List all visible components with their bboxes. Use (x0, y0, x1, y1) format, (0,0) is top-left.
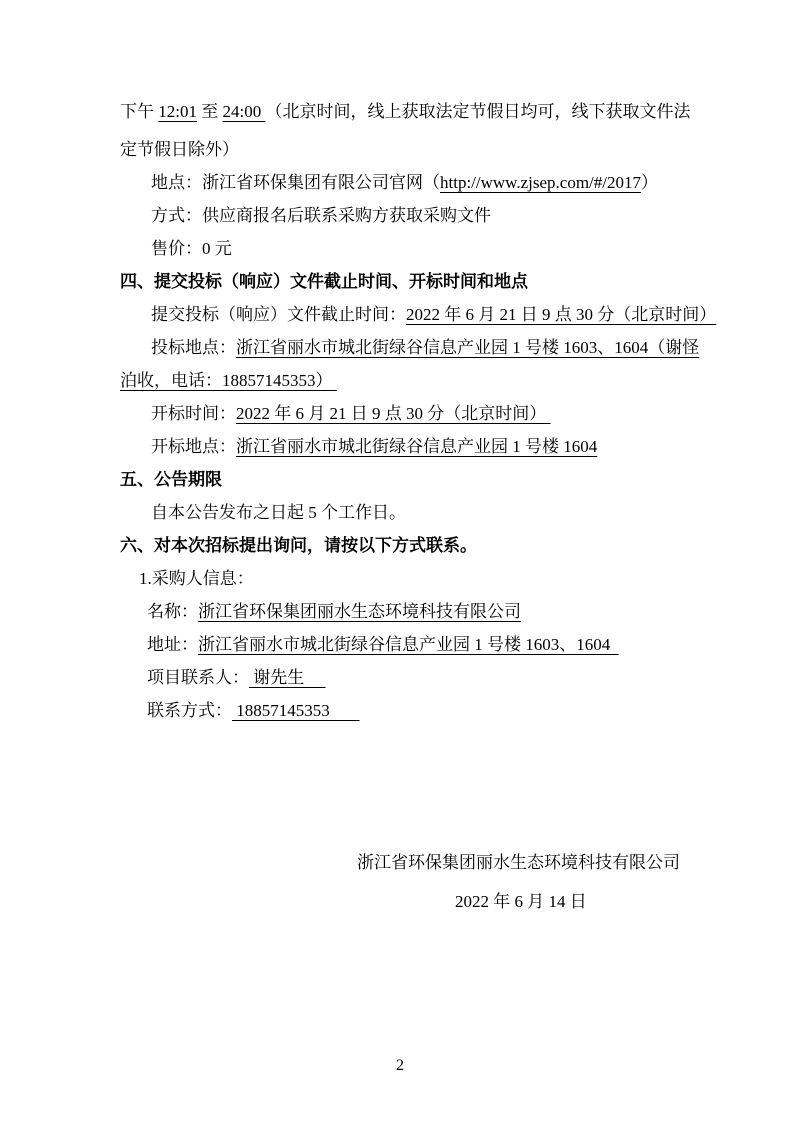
text-segment: 12:01 (158, 102, 197, 121)
text-segment: 浙江省环保集团丽水生态环境科技有限公司 (198, 602, 521, 621)
text-segment: 1.采购人信息： (139, 569, 254, 588)
line-contact-person: 项目联系人： 谢先生 (120, 661, 700, 694)
line-opening-time: 开标时间：2022 年 6 月 21 日 9 点 30 分（北京时间） (120, 397, 700, 430)
line-bid-location: 投标地点：浙江省丽水市城北街绿谷信息产业园 1 号楼 1603、1604（谢怪 (120, 331, 700, 364)
text-segment: 泊收，电话：18857145353） (120, 371, 337, 390)
document-url-link[interactable]: http://www.zjsep.com/#/2017 (440, 173, 641, 192)
text-segment: 2022 年 6 月 21 日 9 点 30 分（北京时间） (236, 404, 551, 423)
text-segment: 自本公告发布之日起 5 个工作日。 (151, 503, 406, 522)
text-segment: 浙江省丽水市城北街绿谷信息产业园 1 号楼 1603、1604（谢怪 (236, 338, 699, 357)
text-segment: 开标地点： (151, 437, 236, 456)
signature-date: 2022 年 6 月 14 日 (120, 885, 700, 918)
line-bid-deadline: 提交投标（响应）文件截止时间：2022 年 6 月 21 日 9 点 30 分（… (120, 298, 700, 331)
line-obtain-location: 地点：浙江省环保集团有限公司官网（http://www.zjsep.com/#/… (120, 166, 700, 199)
text-segment: 浙江省丽水市城北街绿谷信息产业园 1 号楼 1603、1604 (198, 635, 619, 654)
text-segment: 下午 (120, 102, 158, 121)
signature-company: 浙江省环保集团丽水生态环境科技有限公司 (120, 846, 700, 879)
text-segment: 谢先生 (249, 668, 326, 687)
text-segment: ） (641, 173, 658, 192)
document-lines: 下午 12:01 至 24:00 （北京时间，线上获取法定节假日均可，线下获取文… (120, 95, 700, 727)
text-segment: 提交投标（响应）文件截止时间： (151, 305, 406, 324)
text-segment: 五、公告期限 (120, 470, 222, 489)
text-segment: 浙江省丽水市城北街绿谷信息产业园 1 号楼 1604 (236, 437, 597, 456)
text-segment: 四、提交投标（响应）文件截止时间、开标时间和地点 (120, 272, 528, 291)
heading-section-6: 六、对本次招标提出询问，请按以下方式联系。 (120, 529, 700, 562)
line-obtain-time-continuation: 下午 12:01 至 24:00 （北京时间，线上获取法定节假日均可，线下获取文… (120, 95, 700, 128)
line-purchaser-name: 名称：浙江省环保集团丽水生态环境科技有限公司 (120, 595, 700, 628)
text-segment: 开标时间： (151, 404, 236, 423)
text-segment: 联系方式： (147, 701, 232, 720)
text-segment: 18857145353 (232, 701, 360, 720)
text-segment: 至 (197, 102, 223, 121)
line-price: 售价：0 元 (120, 232, 700, 265)
text-segment: 2022 年 6 月 21 日 9 点 30 分（北京时间） (406, 305, 716, 324)
line-contact-phone: 联系方式： 18857145353 (120, 694, 700, 727)
document-page: 下午 12:01 至 24:00 （北京时间，线上获取法定节假日均可，线下获取文… (0, 0, 800, 1131)
text-segment: 方式：供应商报名后联系采购方获取采购文件 (151, 206, 491, 225)
text-segment: 名称： (147, 602, 198, 621)
line-obtain-time-tail: 定节假日除外） (120, 133, 700, 166)
text-segment: 定节假日除外） (120, 140, 239, 159)
text-segment: 地点：浙江省环保集团有限公司官网（ (151, 173, 440, 192)
page-number: 2 (0, 1054, 800, 1078)
text-segment: （北京时间，线上获取法定节假日均可，线下获取文件法 (265, 102, 690, 121)
line-announcement-period: 自本公告发布之日起 5 个工作日。 (120, 496, 700, 529)
text-segment: 投标地点： (151, 338, 236, 357)
heading-section-4: 四、提交投标（响应）文件截止时间、开标时间和地点 (120, 265, 700, 298)
text-segment: 地址： (147, 635, 198, 654)
line-purchaser-info-label: 1.采购人信息： (120, 562, 700, 595)
text-segment: 项目联系人： (147, 668, 249, 687)
text-segment: 六、对本次招标提出询问，请按以下方式联系。 (120, 536, 477, 555)
line-bid-location-continuation: 泊收，电话：18857145353） (120, 364, 700, 397)
text-segment: 售价：0 元 (151, 239, 232, 258)
text-segment: 24:00 (222, 102, 265, 121)
line-purchaser-address: 地址：浙江省丽水市城北街绿谷信息产业园 1 号楼 1603、1604 (120, 628, 700, 661)
document-body: 下午 12:01 至 24:00 （北京时间，线上获取法定节假日均可，线下获取文… (120, 95, 700, 918)
line-opening-location: 开标地点：浙江省丽水市城北街绿谷信息产业园 1 号楼 1604 (120, 430, 700, 463)
line-obtain-method: 方式：供应商报名后联系采购方获取采购文件 (120, 199, 700, 232)
heading-section-5: 五、公告期限 (120, 463, 700, 496)
